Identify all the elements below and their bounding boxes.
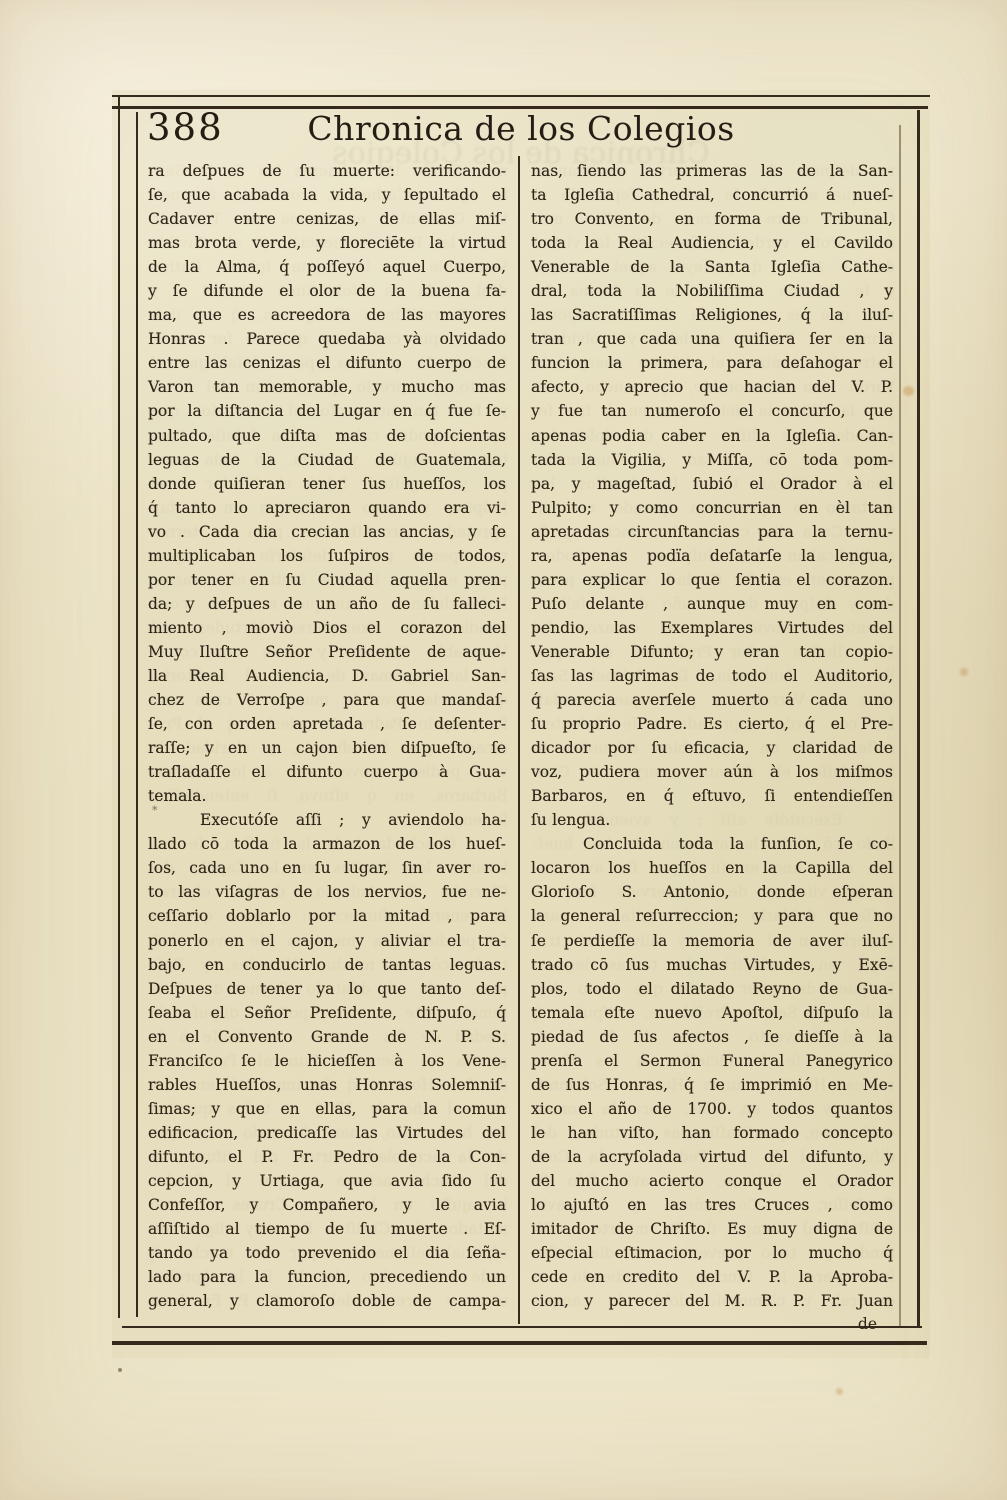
text-line: edificacion, predicaſſe las Virtudes del xyxy=(148,1121,506,1145)
text-line: aſſiſtido al tiempo de ſu muerte . Eſ- xyxy=(148,1217,506,1241)
text-line: vo . Cada dia crecian las ancias, y ſe xyxy=(148,520,506,544)
text-line: Varon tan memorable, y mucho mas xyxy=(148,375,506,399)
text-line: ſeaba el Señor Preſidente, diſpuſo, q́ xyxy=(148,1001,506,1025)
text-line: ponerlo en el cajon, y aliviar el tra- xyxy=(148,929,506,953)
text-line: plos, todo el dilatado Reyno de Gua- xyxy=(531,977,893,1001)
text-line: chez de Verroſpe , para que mandaſ- xyxy=(148,688,506,712)
text-line: Executóſe aſſi ; y aviendolo ha- xyxy=(148,808,506,832)
text-line: entre las cenizas el difunto cuerpo de xyxy=(148,351,506,375)
text-line: Confeſſor, y Compañero, y le avia xyxy=(148,1193,506,1217)
text-line: donde quiſieran tener ſus hueſſos, los xyxy=(148,472,506,496)
text-line: Cadaver entre cenizas, de ellas miſ- xyxy=(148,207,506,231)
text-line: por tener en ſu Ciudad aquella pren- xyxy=(148,568,506,592)
text-line: ſu lengua. xyxy=(531,808,893,832)
text-line: llado cō toda la armazon de los hueſ- xyxy=(148,832,506,856)
text-line: Muy Iluſtre Señor Preſidente de aque- xyxy=(148,640,506,664)
right-rule-inner xyxy=(899,125,901,1327)
text-line: pa, y mageſtad, ſubió el Orador à el xyxy=(531,472,893,496)
text-line: la general reſurreccion; y para que no xyxy=(531,904,893,928)
text-line: leguas de la Ciudad de Guatemala, xyxy=(148,448,506,472)
text-line: traſladaſſe el difunto cuerpo à Gua- xyxy=(148,760,506,784)
text-line: apretadas circunſtancias para la ternu- xyxy=(531,520,893,544)
text-line: Venerable de la Santa Igleſia Cathe- xyxy=(531,255,893,279)
text-line: xico el año de 1700. y todos quantos xyxy=(531,1097,893,1121)
text-line: cepcion, y Urtiaga, que avia ſido ſu xyxy=(148,1169,506,1193)
text-line: ta Igleſia Cathedral, concurrió á nueſ- xyxy=(531,183,893,207)
text-line: voz, pudiera mover aún à los miſmos xyxy=(531,760,893,784)
text-line: lado para la funcion, precediendo un xyxy=(148,1265,506,1289)
text-line: trado cō ſus muchas Virtudes, y Exē- xyxy=(531,953,893,977)
text-line: lo ajuſtó en las tres Cruces , como xyxy=(531,1193,893,1217)
text-line: piedad de ſus afectos , ſe dieſſe à la xyxy=(531,1025,893,1049)
text-line: rables Hueſſos, unas Honras Solemniſ- xyxy=(148,1073,506,1097)
text-line: temala. xyxy=(148,784,506,808)
text-line: Honras . Parece quedaba yà olvidado xyxy=(148,327,506,351)
text-line: cion, y parecer del M. R. P. Fr. Juan xyxy=(531,1289,893,1313)
text-line: nas, ſiendo las primeras las de la San- xyxy=(531,159,893,183)
text-line: ſu proprio Padre. Es cierto, q́ el Pre- xyxy=(531,712,893,736)
text-column-left: ra deſpues de ſu muerte: verificando-ſe,… xyxy=(148,159,506,1313)
page-title: Chronica de los Colegios xyxy=(112,109,930,148)
text-line: tando ya todo prevenido el dia ſeña- xyxy=(148,1241,506,1265)
paper-spot xyxy=(118,1368,122,1372)
text-line: tran , que cada una quiſiera ſer en la xyxy=(531,327,893,351)
text-line: y fue tan numeroſo el concurſo, que xyxy=(531,399,893,423)
text-line: Barbaros, en q́ eſtuvo, ſi entendieſſen xyxy=(531,784,893,808)
text-line: multiplicaban los ſuſpiros de todos, xyxy=(148,544,506,568)
paper-spot xyxy=(960,668,968,676)
text-line: ſe, que acabada la vida, y ſepultado el xyxy=(148,183,506,207)
left-rule-inner xyxy=(136,112,138,1317)
text-line: eſpecial eſtimacion, por lo mucho q́ xyxy=(531,1241,893,1265)
text-line: cede en credito del V. P. la Aproba- xyxy=(531,1265,893,1289)
text-line: Concluida toda la funſion, ſe co- xyxy=(531,832,893,856)
text-line: prenſa el Sermon Funeral Panegyrico xyxy=(531,1049,893,1073)
text-line: pendio, las Exemplares Virtudes del xyxy=(531,616,893,640)
text-line: to las viſagras de los nervios, fue ne- xyxy=(148,880,506,904)
text-line: imitador de Chriſto. Es muy digna de xyxy=(531,1217,893,1241)
scanned-book-page: { "page": { "number": "388", "title": "C… xyxy=(0,0,1007,1500)
text-line: le han viſto, han formado concepto xyxy=(531,1121,893,1145)
text-column-right: nas, ſiendo las primeras las de la San-t… xyxy=(531,159,893,1313)
paper-spot xyxy=(836,1388,843,1395)
text-line: afecto, y aprecio que hacian del V. P. xyxy=(531,375,893,399)
text-line: dral, toda la Nobiliſſima Ciudad , y xyxy=(531,279,893,303)
text-line: ſas las lagrimas de todo el Auditorio, xyxy=(531,664,893,688)
text-line: en el Convento Grande de N. P. S. xyxy=(148,1025,506,1049)
text-line: Puſo delante , aunque muy en com- xyxy=(531,592,893,616)
text-line: pultado, que diſta mas de doſcientas xyxy=(148,424,506,448)
text-line: ra, apenas podïa deſatarſe la lengua, xyxy=(531,544,893,568)
text-line: Franciſco ſe le hicieſſen à los Vene- xyxy=(148,1049,506,1073)
text-line: mas brota verde, y floreciēte la virtud xyxy=(148,231,506,255)
right-rule-outer xyxy=(917,110,920,1328)
text-line: locaron los hueſſos en la Capilla del xyxy=(531,856,893,880)
text-line: las Sacratiſſimas Religiones, q́ la iluſ… xyxy=(531,303,893,327)
text-line: tada la Vigilia, y Miſſa, cō toda pom- xyxy=(531,448,893,472)
text-line: ſos, cada uno en ſu lugar, ſin aver ro- xyxy=(148,856,506,880)
paragraph-margin-mark: * xyxy=(152,804,158,817)
text-line: general, y clamoroſo doble de campa- xyxy=(148,1289,506,1313)
text-line: Glorioſo S. Antonio, donde eſperan xyxy=(531,880,893,904)
text-line: apenas podia caber en la Igleſia. Can- xyxy=(531,424,893,448)
text-line: lla Real Audiencia, D. Gabriel San- xyxy=(148,664,506,688)
text-line: ſe perdieſſe la memoria de aver iluſ- xyxy=(531,929,893,953)
text-line: para explicar lo que ſentia el corazon. xyxy=(531,568,893,592)
top-rule-outer xyxy=(112,95,930,97)
text-line: toda la Real Audiencia, y el Cavildo xyxy=(531,231,893,255)
bottom-rule-outer xyxy=(112,1341,927,1345)
text-line: difunto, el P. Fr. Pedro de la Con- xyxy=(148,1145,506,1169)
text-line: de ſus Honras, q́ ſe imprimió en Me- xyxy=(531,1073,893,1097)
text-line: da; y deſpues de un año de ſu falleci- xyxy=(148,592,506,616)
text-line: Pulpito; y como concurrian en èl tan xyxy=(531,496,893,520)
catchword: de xyxy=(531,1312,877,1336)
text-line: ſe, con orden apretada , ſe deſenter- xyxy=(148,712,506,736)
text-line: Deſpues de tener ya lo que tanto deſ- xyxy=(148,977,506,1001)
text-line: temala eſte nuevo Apoſtol, diſpuſo la xyxy=(531,1001,893,1025)
text-line: por la diſtancia del Lugar en q́ fue ſe- xyxy=(148,399,506,423)
text-line: ma, que es acreedora de las mayores xyxy=(148,303,506,327)
text-line: q́ tanto lo apreciaron quando era vi- xyxy=(148,496,506,520)
text-line: miento , moviò Dios el corazon del xyxy=(148,616,506,640)
text-line: de la Alma, q́ poſſeyó aquel Cuerpo, xyxy=(148,255,506,279)
text-line: del mucho acierto conque el Orador xyxy=(531,1169,893,1193)
text-line: ſimas; y que en ellas, para la comun xyxy=(148,1097,506,1121)
text-line: y ſe difunde el olor de la buena fa- xyxy=(148,279,506,303)
text-line: de la acryſolada virtud del difunto, y xyxy=(531,1145,893,1169)
text-line: bajo, en conducirlo de tantas leguas. xyxy=(148,953,506,977)
column-divider-rule xyxy=(518,156,520,1324)
text-line: Venerable Difunto; y eran tan copio- xyxy=(531,640,893,664)
text-line: tro Convento, en forma de Tribunal, xyxy=(531,207,893,231)
left-rule-outer xyxy=(118,96,120,1318)
text-line: funcion la primera, para deſahogar el xyxy=(531,351,893,375)
text-line: dicador por ſu eficacia, y claridad de xyxy=(531,736,893,760)
text-line: raſſe; y en un cajon bien diſpueſto, ſe xyxy=(148,736,506,760)
text-line: ceſſario doblarlo por la mitad , para xyxy=(148,904,506,928)
text-line: ra deſpues de ſu muerte: verificando- xyxy=(148,159,506,183)
text-line: q́ parecia averſele muerto á cada uno xyxy=(531,688,893,712)
